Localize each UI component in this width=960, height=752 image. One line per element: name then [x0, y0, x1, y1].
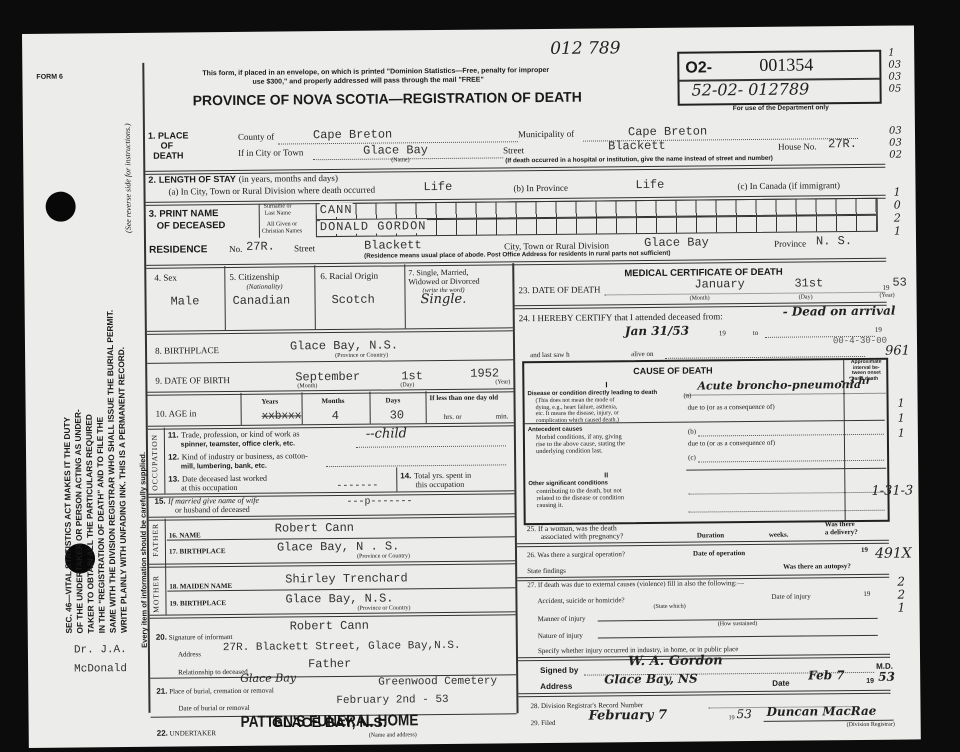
stay-canada-label: (c) In Canada (if immigrant): [737, 180, 840, 191]
cause-of-death-title: CAUSE OF DEATH: [633, 365, 712, 376]
dept-handwritten-number: 52-02- 012789: [691, 79, 809, 99]
margin-codes-top: 1030305: [888, 48, 901, 96]
signature-year-value: 53: [878, 670, 895, 684]
mother-side-label: MOTHER: [151, 575, 160, 613]
last-saw-label: and last saw h: [530, 351, 570, 359]
stay-city-label: (a) In City, Town or Rural Division wher…: [168, 185, 375, 197]
undertaker-city: GLACE BAY, N.S.: [272, 714, 387, 730]
date-of-death-month: January: [694, 277, 745, 291]
date-of-death-year-prefix: 19: [882, 284, 889, 292]
given-name-label: All Given orChristian Names: [262, 221, 302, 235]
mother-birthplace-value: Glace Bay, N.S.: [285, 591, 393, 606]
q15-value: ---p-------: [346, 496, 412, 508]
city-label: If in City or Town: [238, 147, 303, 158]
street-value: Blackett: [608, 139, 666, 154]
postal-note-line1: This form, if placed in an envelope, on …: [202, 67, 549, 77]
signed-by-label: Signed by: [540, 666, 578, 675]
father-birthplace-caption: (Province or Country): [357, 553, 410, 560]
residence-street-label: Street: [294, 243, 315, 253]
q25-label: 25. If a woman, was the deathassociated …: [527, 524, 624, 541]
certify-value: - Dead on arrival: [783, 304, 896, 319]
racial-origin-value: Scotch: [332, 293, 375, 307]
county-value: Cape Breton: [313, 127, 392, 142]
dob-year-caption: (Year): [495, 379, 510, 385]
q25-weeks-label: weeks.: [769, 531, 789, 539]
disease-note: (This does not mean the mode ofdying, e.…: [536, 397, 620, 424]
residence-province-value: N. S.: [816, 234, 852, 248]
filed-year-prefix: 19: [729, 715, 735, 721]
dob-month: September: [295, 370, 360, 385]
q26-date-label: Date of operation: [693, 549, 745, 557]
q25-delivery-label: Was therea delivery?: [825, 520, 858, 536]
birthplace-value: Glace Bay, N.S.: [290, 338, 398, 353]
margin-codes-cause: 111: [898, 396, 905, 441]
binding-hole-top: [46, 191, 76, 221]
signature-address-label: Address: [540, 682, 572, 691]
date-of-death-year: 53: [892, 276, 907, 290]
sex-label: 4. Sex: [154, 273, 177, 283]
date-of-death-label: 23. DATE OF DEATH: [518, 284, 600, 295]
house-value: 27R.: [828, 137, 857, 151]
side-every-item: Every item of information should be care…: [138, 452, 149, 648]
antecedent-note: Morbid conditions, if any, givingrise to…: [536, 433, 625, 455]
street-label: Street: [503, 145, 524, 155]
residence-street-value: Blackett: [364, 238, 422, 253]
dob-day: 1st: [401, 369, 423, 383]
cause-c-label: (c): [688, 454, 696, 462]
informant-address-label: Address: [178, 650, 201, 658]
death-year-caption: (Year): [880, 293, 895, 299]
citizenship-label: 5. Citizenship: [229, 272, 279, 282]
form-title: PROVINCE OF NOVA SCOTIA—REGISTRATION OF …: [193, 89, 582, 109]
q26-year-label: 19: [861, 546, 868, 554]
burial-date-label: Date of burial or removal: [178, 704, 249, 713]
due-to-2-label: due to (or as a consequence of): [688, 439, 775, 448]
q13-label: 13. Date deceased last worked at this oc…: [168, 474, 267, 493]
hospital-note: (If death occurred in a hospital or inst…: [505, 155, 773, 165]
dob-month-caption: (Month): [297, 383, 317, 389]
signature-address-value: Glace Bay, NS: [604, 672, 698, 687]
q27-manner-label: Manner of injury: [538, 615, 586, 623]
certify-from-date: Jan 31/53: [625, 324, 689, 339]
q13-value: -------: [336, 481, 378, 492]
county-label: County of: [238, 132, 274, 142]
stay-city-value: Life: [423, 180, 452, 194]
q29-label: 29. Filed: [531, 719, 556, 727]
side-instructions: (See reverse side for instructions.): [123, 123, 133, 233]
age-months-value: 4: [332, 409, 339, 423]
age-days-value: 30: [390, 408, 405, 422]
given-name-value: DONALD GORDON: [320, 219, 427, 234]
q15-label: 15. If married give name of wife or husb…: [154, 496, 259, 515]
date-of-death-day: 31st: [794, 276, 823, 290]
q12-label: 12. Kind of industry or business, as cot…: [168, 451, 308, 471]
age-label: 10. AGE in: [156, 408, 197, 418]
q27-manner-caption: (How sustained): [718, 621, 758, 627]
mother-birthplace-caption: (Province or Country): [358, 605, 411, 612]
surname-label: Surname orLast Name: [264, 203, 292, 217]
age-years-header: Years: [262, 398, 279, 406]
age-min-label: min.: [496, 412, 509, 420]
residence-no-label: No.: [229, 244, 242, 254]
informant-signature-value: Robert Cann: [290, 619, 369, 634]
undertaker-caption: (Name and address): [369, 732, 417, 738]
q26-findings-label: State findings: [527, 567, 566, 575]
filed-date-value: February 7: [589, 708, 668, 724]
signature-date-value: Feb 7: [808, 668, 845, 682]
burial-place-handwritten: Glace Bay: [240, 671, 296, 685]
part-1-label: I: [605, 380, 607, 389]
certify-code: 00-4-30-00: [833, 336, 887, 347]
side-notice: SEC. 46—VITAL STATISTICS ACT MAKES IT TH…: [61, 310, 130, 634]
racial-origin-label: 6. Racial Origin: [320, 271, 378, 282]
informant-address-value: 27R. Blackett Street, Glace Bay,N.S.: [223, 640, 461, 654]
burial-date-value: February 2nd - 53: [336, 694, 448, 707]
informant-relationship-label: Relationship to deceased: [178, 668, 248, 677]
q27-nature-label: Nature of injury: [538, 632, 583, 640]
death-registration-form: FORM 6 This form, if placed in an envelo…: [22, 25, 921, 748]
certify-to-19-label: 19: [875, 326, 882, 334]
birthplace-label: 8. BIRTHPLACE: [155, 345, 219, 356]
city-caption: (Name): [391, 157, 409, 163]
margin-note-line2: McDonald: [74, 663, 127, 676]
registrar-caption: (Division Registrar): [847, 722, 895, 728]
father-birthplace-label: 17. BIRTHPLACE: [169, 547, 226, 556]
q27-label: 27. If death was due to external causes …: [527, 579, 744, 589]
cause-a-interval: - 3 hr: [840, 376, 871, 387]
sex-value: Male: [171, 294, 200, 308]
q27-accident-label: Accident, suicide or homicide?: [537, 596, 624, 605]
mother-name-value: Shirley Trenchard: [285, 571, 408, 586]
age-days-header: Days: [385, 396, 400, 404]
q11-label: 11. Trade, profession, or kind of work a…: [168, 429, 300, 449]
margin-code-491x: 491X: [875, 545, 912, 561]
dept-caption: For use of the Department only: [733, 104, 829, 112]
due-to-1-label: due to (or as a consequence of): [688, 403, 775, 412]
q27-accident-caption: (State which): [654, 604, 686, 610]
signature-year-prefix: 19: [866, 678, 874, 685]
margin-codes-mid: 030302: [889, 126, 902, 162]
disease-label: Disease or condition directly leading to…: [527, 390, 657, 397]
house-label: House No.: [778, 141, 817, 151]
length-of-stay-label: 2. LENGTH OF STAY (in years, months and …: [148, 173, 338, 186]
residence-label: RESIDENCE: [149, 244, 207, 256]
q25-duration-label: Duration: [697, 531, 724, 539]
margin-note-line1: Dr. J.A.: [74, 644, 127, 657]
print-name-label: 3. PRINT NAME OF DECEASED: [149, 208, 226, 233]
department-box: O2- 001354 52-02- 012789: [677, 50, 882, 106]
dob-day-caption: (Day): [400, 382, 414, 388]
birthplace-caption: (Province or Country): [335, 353, 388, 360]
municipality-value: Cape Breton: [628, 124, 707, 139]
residence-city-value: Glace Bay: [644, 235, 709, 250]
municipality-label: Municipality of: [518, 129, 574, 140]
certify-to-label: to: [753, 329, 759, 337]
dept-number: 001354: [759, 54, 813, 76]
signed-by-value: W. A. Gordon: [628, 653, 723, 669]
citizenship-sub: (Nationality): [246, 283, 282, 291]
informant-relationship-value: Father: [308, 657, 351, 671]
undertaker-label: 22. UNDERTAKER: [157, 728, 216, 738]
age-under-day-header: If less than one day old: [429, 393, 498, 402]
burial-place-label: 21. Place of burial, cremation or remova…: [156, 686, 274, 696]
part-2-label: II: [604, 472, 608, 479]
q11-value: --child: [366, 426, 407, 441]
death-day-caption: (Day): [799, 294, 813, 300]
antecedent-label: Antecedent causes: [528, 427, 583, 434]
stay-province-value: Life: [635, 178, 664, 192]
margin-code-961: 961: [885, 343, 910, 358]
other-conditions-label: Other significant conditions: [528, 480, 608, 487]
certify-19-label: 19: [719, 329, 726, 337]
margin-codes-injury: 221: [897, 576, 905, 615]
q27-injury-year-label: 19: [863, 590, 870, 598]
burial-place-value: Greenwood Cemetery: [378, 675, 497, 688]
age-hrs-label: hrs. or: [444, 413, 462, 421]
other-conditions-note: contributing to the death, but notrelate…: [536, 487, 624, 509]
mother-birthplace-label: 19. BIRTHPLACE: [169, 599, 226, 608]
cause-b-label: (b): [688, 428, 696, 436]
margin-codes-names: 1021: [893, 186, 900, 238]
q26-label: 26. Was there a surgical operation?: [527, 550, 625, 559]
q27-injury-date-label: Date of injury: [771, 592, 810, 600]
city-value: Glace Bay: [363, 143, 428, 158]
dob-label: 9. DATE OF BIRTH: [155, 375, 230, 386]
form-number: FORM 6: [36, 74, 63, 81]
q14-label: 14. Total yrs. spent in this occupation: [400, 471, 471, 490]
cause-a-value: Acute broncho-pneumonia: [697, 378, 861, 393]
place-of-death-label: 1. PLACE OF DEATH: [148, 130, 189, 160]
filed-year-value: 53: [736, 707, 751, 721]
father-birthplace-value: Glace Bay, N . S.: [277, 539, 400, 554]
surname-value: CANN: [320, 203, 353, 217]
stay-province-label: (b) In Province: [513, 183, 568, 194]
occupation-side-label: OCCUPATION: [150, 434, 160, 491]
handwritten-top-number: 012 789: [550, 38, 621, 59]
father-name-value: Robert Cann: [275, 521, 354, 536]
residence-province-label: Province: [774, 238, 806, 248]
dept-prefix: O2-: [685, 59, 712, 77]
age-months-header: Months: [321, 397, 344, 405]
informant-signature-label: 20. Signature of informant: [156, 632, 233, 642]
death-month-caption: (Month): [690, 295, 710, 301]
certify-label: 24. I HEREBY CERTIFY that I attended dec…: [519, 311, 723, 323]
registrar-signature: Duncan MacRae: [766, 704, 876, 719]
age-years-value: xxbxxx: [262, 410, 302, 422]
marital-status-value: Single.: [420, 292, 466, 307]
father-side-label: FATHER: [151, 523, 160, 557]
signature-date-label: Date: [772, 679, 789, 688]
q26-autopsy-label: Was there an autopsy?: [783, 562, 851, 571]
postal-note-line2: use $300," and properly addressed will p…: [252, 77, 483, 86]
citizenship-value: Canadian: [233, 293, 291, 308]
alive-on-label: alive on: [631, 350, 653, 358]
residence-no-value: 27R.: [246, 240, 275, 254]
